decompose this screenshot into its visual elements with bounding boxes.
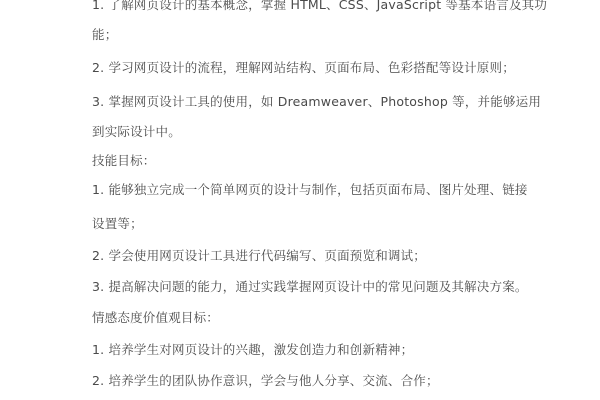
knowledge-item-3: 3. 掌握网页设计工具的使用，如 Dreamweaver、Photoshop 等… <box>92 94 541 110</box>
skill-item-1-continuation: 设置等； <box>92 216 143 232</box>
knowledge-item-2: 2. 学习网页设计的流程，理解网站结构、页面布局、色彩搭配等设计原则； <box>92 60 515 76</box>
knowledge-item-3-continuation: 到实际设计中。 <box>92 124 181 140</box>
knowledge-item-1: 1. 了解网页设计的基本概念，掌握 HTML、CSS、JavaScript 等基… <box>92 0 547 13</box>
skill-item-3: 3. 提高解决问题的能力，通过实践掌握网页设计中的常见问题及其解决方案。 <box>92 279 528 295</box>
attitude-item-2: 2. 培养学生的团队协作意识，学会与他人分享、交流、合作； <box>92 373 439 389</box>
skill-item-1: 1. 能够独立完成一个简单网页的设计与制作，包括页面布局、图片处理、链接 <box>92 182 528 198</box>
attitude-goals-heading: 情感态度价值观目标： <box>92 310 219 326</box>
skill-goals-heading: 技能目标： <box>92 153 156 169</box>
skill-item-2: 2. 学会使用网页设计工具进行代码编写、页面预览和调试； <box>92 248 426 264</box>
document-page: 1. 了解网页设计的基本概念，掌握 HTML、CSS、JavaScript 等基… <box>0 0 600 400</box>
knowledge-item-1-continuation: 能； <box>92 27 117 43</box>
attitude-item-1: 1. 培养学生对网页设计的兴趣，激发创造力和创新精神； <box>92 342 413 358</box>
